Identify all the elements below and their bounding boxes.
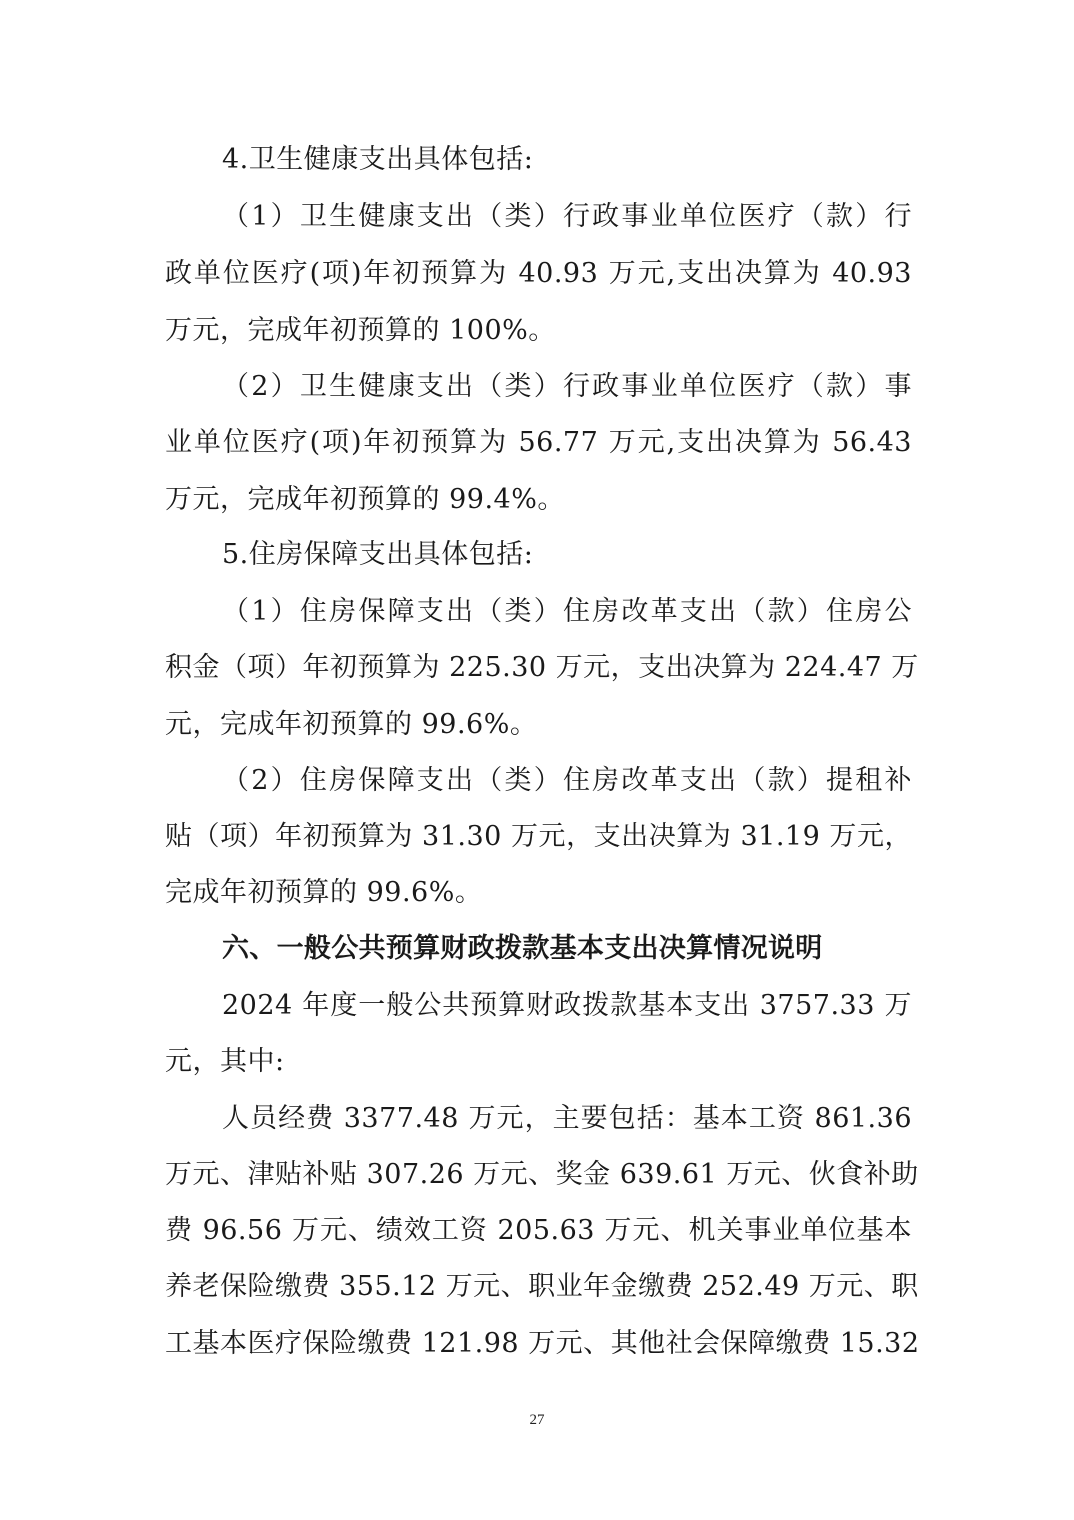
section-5-title: 5.住房保障支出具体包括: <box>222 535 912 575</box>
document-page: 4.卫生健康支出具体包括: （1）卫生健康支出（类）行政事业单位医疗（款）行 政… <box>0 0 1074 1520</box>
paragraph-line: 积金（项）年初预算为 225.30 万元，支出决算为 224.47 万 <box>165 648 912 688</box>
paragraph-line: （2）卫生健康支出（类）行政事业单位医疗（款）事 <box>222 367 912 407</box>
section-4-title: 4.卫生健康支出具体包括: <box>222 140 912 180</box>
paragraph-line: 政单位医疗(项)年初预算为 40.93 万元,支出决算为 40.93 <box>165 254 912 294</box>
paragraph-line: （1）住房保障支出（类）住房改革支出（款）住房公 <box>222 592 912 632</box>
paragraph-line: 万元，完成年初预算的 99.4%。 <box>165 480 912 520</box>
paragraph-line: 贴（项）年初预算为 31.30 万元，支出决算为 31.19 万元， <box>165 817 912 857</box>
paragraph-line: 万元、津贴补贴 307.26 万元、奖金 639.61 万元、伙食补助 <box>165 1155 912 1195</box>
section-6-heading: 六、一般公共预算财政拨款基本支出决算情况说明 <box>222 929 912 969</box>
paragraph-line: 2024 年度一般公共预算财政拨款基本支出 3757.33 万 <box>222 986 912 1026</box>
paragraph-line: （1）卫生健康支出（类）行政事业单位医疗（款）行 <box>222 197 912 237</box>
page-number: 27 <box>0 1412 1074 1429</box>
paragraph-line: 元，完成年初预算的 99.6%。 <box>165 705 912 745</box>
paragraph-line: 万元，完成年初预算的 100%。 <box>165 311 912 351</box>
paragraph-line: 费 96.56 万元、绩效工资 205.63 万元、机关事业单位基本 <box>165 1211 912 1251</box>
paragraph-line: 业单位医疗(项)年初预算为 56.77 万元,支出决算为 56.43 <box>165 423 912 463</box>
paragraph-line: 养老保险缴费 355.12 万元、职业年金缴费 252.49 万元、职 <box>165 1267 912 1307</box>
paragraph-line: 完成年初预算的 99.6%。 <box>165 873 912 913</box>
paragraph-line: 工基本医疗保险缴费 121.98 万元、其他社会保障缴费 15.32 <box>165 1324 912 1364</box>
paragraph-line: 元，其中: <box>165 1042 912 1082</box>
paragraph-line: 人员经费 3377.48 万元，主要包括：基本工资 861.36 <box>222 1099 912 1139</box>
paragraph-line: （2）住房保障支出（类）住房改革支出（款）提租补 <box>222 761 912 801</box>
